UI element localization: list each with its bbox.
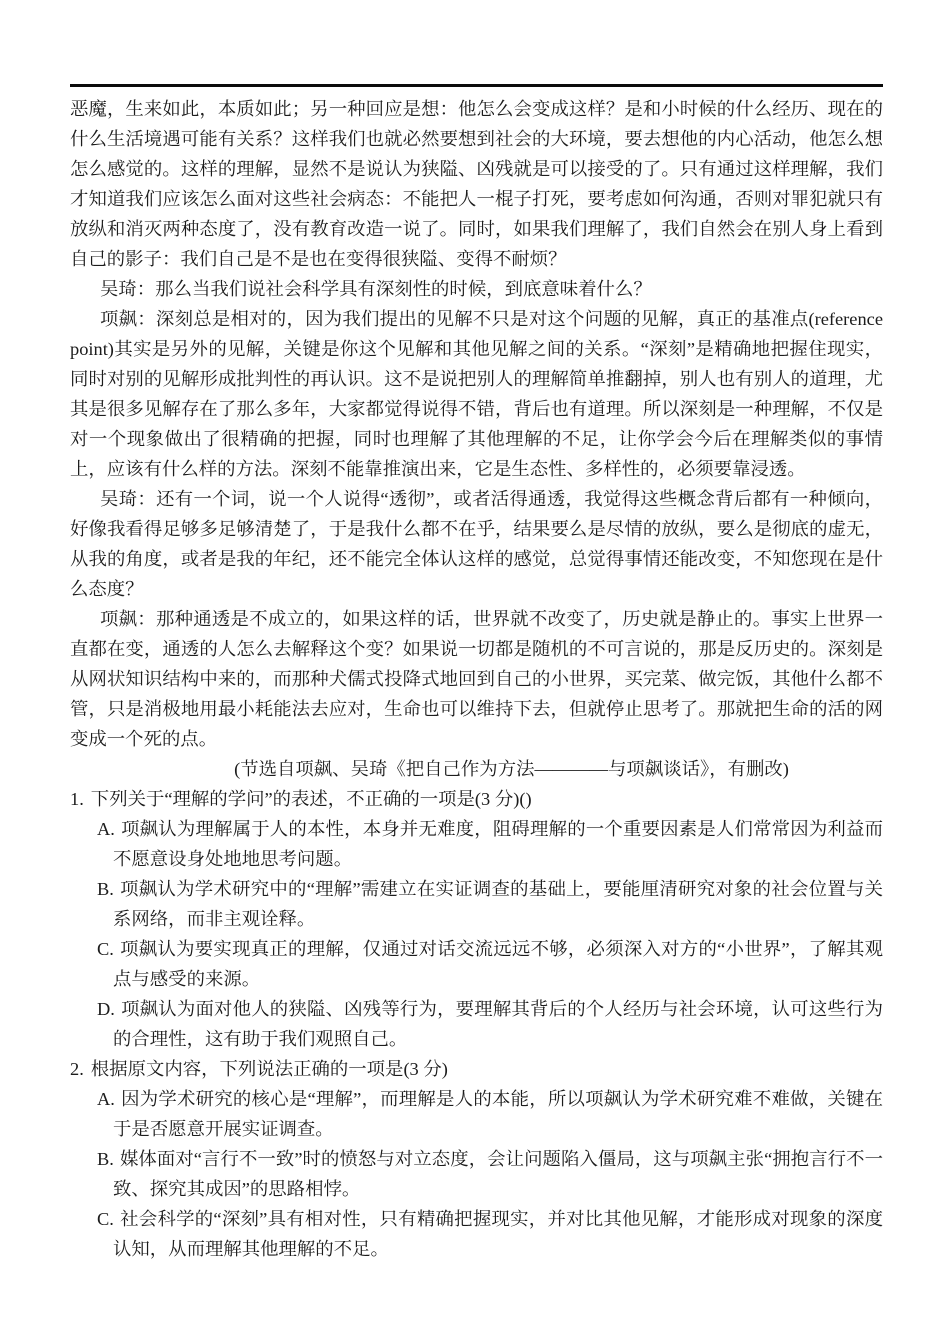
question-1: 1.下列关于“理解的学问”的表述，不正确的一项是(3 分)() A.项飙认为理解… — [70, 784, 883, 1054]
option-d-text: 项飙认为面对他人的狭隘、凶残等行为，要理解其背后的个人经历与社会环境，认可这些行… — [113, 999, 883, 1049]
question-2: 2.根据原文内容，下列说法正确的一项是(3 分) A.因为学术研究的核心是“理解… — [70, 1054, 883, 1264]
option-c-label: C. — [97, 1209, 114, 1229]
passage: 恶魔，生来如此，本质如此；另一种回应是想：他怎么会变成这样？是和小时候的什么经历… — [70, 94, 883, 754]
option-a-label: A. — [97, 1089, 115, 1109]
question-2-option-c: C.社会科学的“深刻”具有相对性，只有精确把握现实，并对比其他见解，才能形成对现… — [70, 1204, 883, 1264]
option-a-text: 因为学术研究的核心是“理解”，而理解是人的本能，所以项飙认为学术研究难不难做，关… — [113, 1089, 883, 1139]
option-a-text: 项飙认为理解属于人的本性，本身并无难度，阻碍理解的一个重要因素是人们常常因为利益… — [113, 819, 883, 869]
exam-page: 恶魔，生来如此，本质如此；另一种回应是想：他怎么会变成这样？是和小时候的什么经历… — [0, 0, 950, 1343]
passage-paragraph-xiangbiao-2: 项飙：那种通透是不成立的，如果这样的话，世界就不改变了，历史就是静止的。事实上世… — [70, 604, 883, 754]
option-b-label: B. — [97, 879, 114, 899]
question-1-number: 1. — [70, 784, 84, 814]
question-1-option-a: A.项飙认为理解属于人的本性，本身并无难度，阻碍理解的一个重要因素是人们常常因为… — [70, 814, 883, 874]
question-2-option-a: A.因为学术研究的核心是“理解”，而理解是人的本能，所以项飙认为学术研究难不难做… — [70, 1084, 883, 1144]
question-1-stem: 1.下列关于“理解的学问”的表述，不正确的一项是(3 分)() — [70, 784, 883, 814]
option-c-label: C. — [97, 939, 114, 959]
question-1-option-b: B.项飙认为学术研究中的“理解”需建立在实证调查的基础上，要能厘清研究对象的社会… — [70, 874, 883, 934]
option-a-label: A. — [97, 819, 115, 839]
option-b-text: 项飙认为学术研究中的“理解”需建立在实证调查的基础上，要能厘清研究对象的社会位置… — [113, 879, 883, 929]
question-2-number: 2. — [70, 1054, 84, 1084]
passage-paragraph-wuqi-1: 吴琦：那么当我们说社会科学具有深刻性的时候，到底意味着什么？ — [70, 274, 883, 304]
source-attribution: (节选自项飙、吴琦《把自己作为方法————与项飙谈话》，有删改) — [70, 754, 883, 784]
option-c-text: 社会科学的“深刻”具有相对性，只有精确把握现实，并对比其他见解，才能形成对现象的… — [113, 1209, 883, 1259]
question-1-option-d: D.项飙认为面对他人的狭隘、凶残等行为，要理解其背后的个人经历与社会环境，认可这… — [70, 994, 883, 1054]
option-b-label: B. — [97, 1149, 114, 1169]
question-1-option-c: C.项飙认为要实现真正的理解，仅通过对话交流远远不够，必须深入对方的“小世界”，… — [70, 934, 883, 994]
question-2-stem-text: 根据原文内容，下列说法正确的一项是(3 分) — [91, 1059, 448, 1079]
header-divider — [70, 84, 883, 87]
question-1-stem-text: 下列关于“理解的学问”的表述，不正确的一项是(3 分)() — [91, 789, 532, 809]
passage-paragraph-xiangbiao-1: 项飙：深刻总是相对的，因为我们提出的见解不只是对这个问题的见解，真正的基准点(r… — [70, 304, 883, 484]
passage-paragraph-wuqi-2: 吴琦：还有一个词，说一个人说得“透彻”，或者活得通透，我觉得这些概念背后都有一种… — [70, 484, 883, 604]
question-2-stem: 2.根据原文内容，下列说法正确的一项是(3 分) — [70, 1054, 883, 1084]
passage-paragraph-continuation: 恶魔，生来如此，本质如此；另一种回应是想：他怎么会变成这样？是和小时候的什么经历… — [70, 94, 883, 274]
option-d-label: D. — [97, 999, 115, 1019]
option-c-text: 项飙认为要实现真正的理解，仅通过对话交流远远不够，必须深入对方的“小世界”，了解… — [113, 939, 883, 989]
question-2-option-b: B.媒体面对“言行不一致”时的愤怒与对立态度，会让问题陷入僵局，这与项飙主张“拥… — [70, 1144, 883, 1204]
option-b-text: 媒体面对“言行不一致”时的愤怒与对立态度，会让问题陷入僵局，这与项飙主张“拥抱言… — [113, 1149, 883, 1199]
text-column: 恶魔，生来如此，本质如此；另一种回应是想：他怎么会变成这样？是和小时候的什么经历… — [70, 84, 883, 1264]
